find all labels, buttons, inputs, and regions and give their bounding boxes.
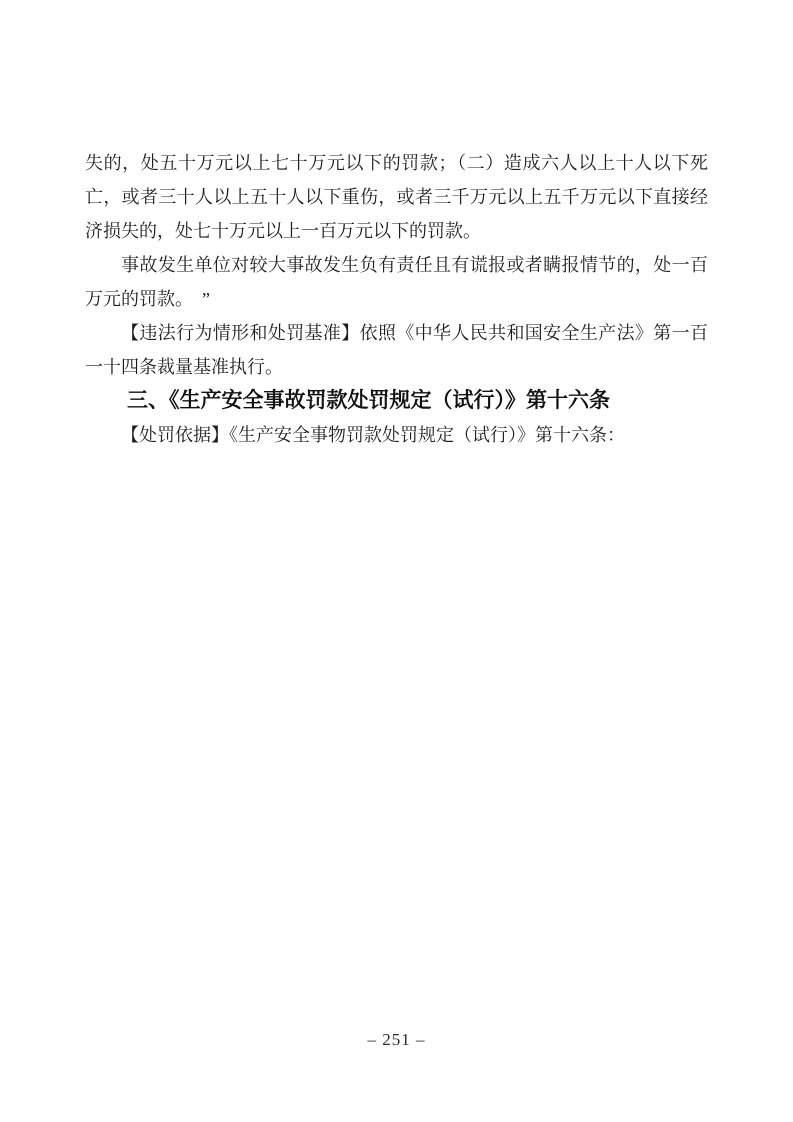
body-paragraph: 【处罚依据】《生产安全事物罚款处罚规定（试行）》第十六条： bbox=[85, 418, 708, 452]
section-heading: 三、《生产安全事故罚款处罚规定（试行）》第十六条 bbox=[85, 384, 708, 418]
page-footer: – 251 – bbox=[0, 1028, 793, 1052]
document-page: 失的，处五十万元以上七十万元以下的罚款；（二）造成六人以上十人以下死亡，或者三十… bbox=[0, 0, 793, 1122]
body-paragraph: 事故发生单位对较大事故发生负有责任且有谎报或者瞒报情节的，处一百万元的罚款。 ” bbox=[85, 248, 708, 316]
body-paragraph: 【违法行为情形和处罚基准】依照《中华人民共和国安全生产法》第一百一十四条裁量基准… bbox=[85, 316, 708, 384]
page-number: – 251 – bbox=[368, 1030, 426, 1049]
page-content: 失的，处五十万元以上七十万元以下的罚款；（二）造成六人以上十人以下死亡，或者三十… bbox=[85, 146, 708, 452]
body-paragraph: 失的，处五十万元以上七十万元以下的罚款；（二）造成六人以上十人以下死亡，或者三十… bbox=[85, 146, 708, 248]
